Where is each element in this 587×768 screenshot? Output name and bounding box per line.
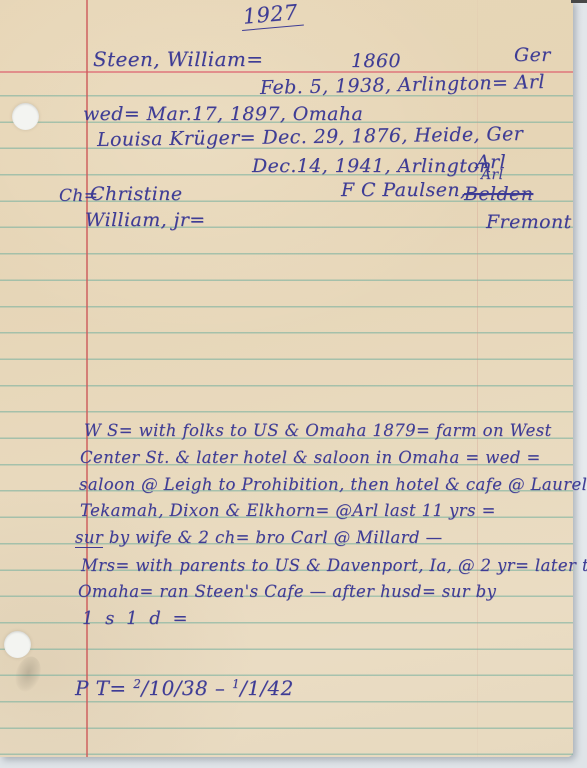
child-1-place-corrected: Arl [481,167,503,183]
origin-abbrev: Ger [514,44,551,66]
entry-name: Steen, William= [93,47,263,71]
obituary-line-6: Mrs= with parents to US & Davenport, Ia,… [81,556,587,575]
paper: 1927 Steen, William= 1860 Ger Feb. 5, 19… [0,0,573,757]
obituary-line-7: Omaha= ran Steen's Cafe — after husd= su… [78,582,496,601]
posted-date-1: /10/38 – [141,676,232,700]
posted-sup-month-2: 1 [232,677,240,691]
child-1-spouse: F C Paulsen, [341,179,466,201]
wedding-line: wed= Mar.17, 1897, Omaha [83,103,363,125]
obituary-line-2: Center St. & later hotel & saloon in Oma… [80,448,541,467]
scan-edge-artifact [571,0,587,3]
posted-dates-line: P T= 2/10/38 – 1/1/42 [75,676,294,700]
posted-prefix: P T= [75,676,133,700]
child-2-name: William, jr= [85,209,206,231]
child-1-place-struck: Belden [464,183,533,205]
birth-year: 1860 [351,50,401,72]
obituary-line-1: W S= with folks to US & Omaha 1879= farm… [84,421,552,440]
obituary-line-4: Tekamah, Dixon & Elkhorn= @Arl last 11 y… [80,501,496,520]
child-1-name: Christine [90,183,182,205]
survived-underlined: sur [75,528,103,548]
obituary-line-5: sur by wife & 2 ch= bro Carl @ Millard — [75,528,443,547]
year-heading: 1927 [240,0,304,31]
punch-hole-bottom [4,631,31,658]
crease-line [477,0,478,757]
spouse-death-line: Dec.14, 1941, Arlington [252,155,492,177]
obituary-line-8: 1 s 1 d = [82,608,191,629]
survived-rest: by wife & 2 ch= bro Carl @ Millard — [103,528,442,547]
obituary-line-3: saloon @ Leigh to Prohibition, then hote… [79,475,587,494]
posted-date-2: /1/42 [240,676,294,700]
posted-sup-month-1: 2 [133,677,141,691]
scan-background: 1927 Steen, William= 1860 Ger Feb. 5, 19… [0,0,587,768]
child-2-place: Fremont [486,211,572,233]
punch-hole-top [12,103,39,130]
